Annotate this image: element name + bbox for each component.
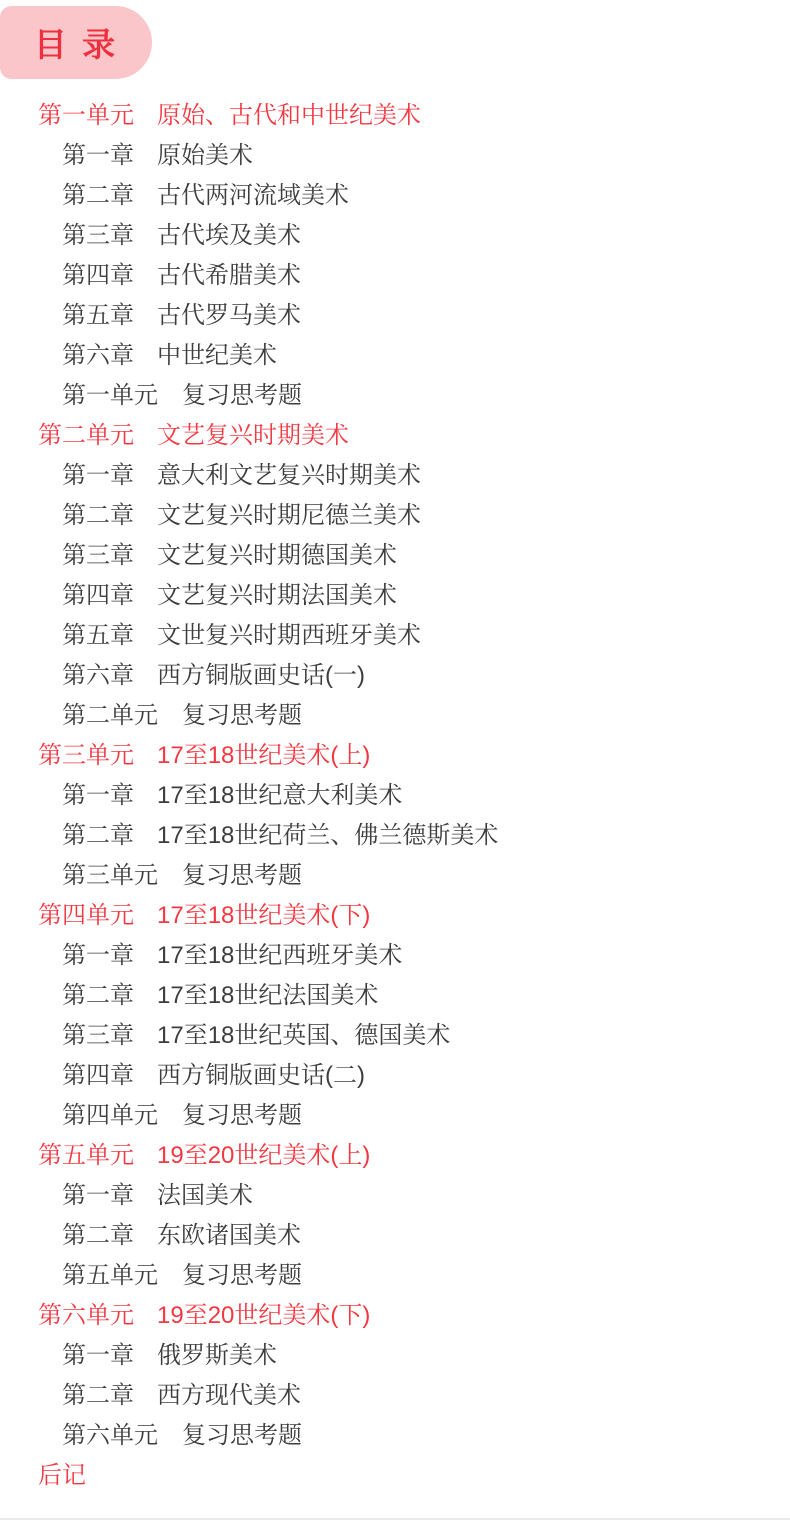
toc-review-row: 第四单元复习思考题 <box>0 1096 790 1136</box>
toc-row-title: 17至18世纪西班牙美术 <box>157 936 402 976</box>
toc-row-label: 第五单元 <box>62 1256 158 1296</box>
toc-unit-row: 第一单元原始、古代和中世纪美术 <box>0 96 790 136</box>
toc-row-title: 原始美术 <box>157 136 253 176</box>
toc-review-row: 第三单元复习思考题 <box>0 856 790 896</box>
toc-unit-row: 第六单元19至20世纪美术(下) <box>0 1296 790 1336</box>
toc-chapter-row: 第四章文艺复兴时期法国美术 <box>0 576 790 616</box>
toc-row-label: 第一章 <box>62 1176 134 1216</box>
toc-row-label: 第三单元 <box>38 736 134 776</box>
toc-row-title: 17至18世纪美术(下) <box>157 896 370 936</box>
toc-row-title: 西方铜版画史话(二) <box>157 1056 365 1096</box>
toc-row-label: 第二单元 <box>38 416 134 456</box>
toc-row-label: 第一单元 <box>38 96 134 136</box>
toc-review-row: 第六单元复习思考题 <box>0 1416 790 1456</box>
toc-chapter-row: 第六章西方铜版画史话(一) <box>0 656 790 696</box>
toc-list: 第一单元原始、古代和中世纪美术第一章原始美术第二章古代两河流域美术第三章古代埃及… <box>0 96 790 1496</box>
page-title: 目 录 <box>34 19 118 66</box>
toc-review-row: 第五单元复习思考题 <box>0 1256 790 1296</box>
toc-row-label: 第四章 <box>62 1056 134 1096</box>
toc-chapter-row: 第四章西方铜版画史话(二) <box>0 1056 790 1096</box>
toc-row-title: 文艺复兴时期美术 <box>157 416 349 456</box>
toc-row-title: 17至18世纪意大利美术 <box>157 776 402 816</box>
toc-row-label: 第六章 <box>62 656 134 696</box>
toc-unit-row: 第四单元17至18世纪美术(下) <box>0 896 790 936</box>
toc-row-title: 古代希腊美术 <box>157 256 301 296</box>
toc-row-title: 文艺复兴时期法国美术 <box>157 576 397 616</box>
toc-row-label: 第三单元 <box>62 856 158 896</box>
toc-row-title: 俄罗斯美术 <box>157 1336 277 1376</box>
toc-chapter-row: 第一章俄罗斯美术 <box>0 1336 790 1376</box>
toc-row-title: 原始、古代和中世纪美术 <box>157 96 421 136</box>
toc-row-label: 第四单元 <box>62 1096 158 1136</box>
toc-chapter-row: 第二章古代两河流域美术 <box>0 176 790 216</box>
toc-row-label: 第一单元 <box>62 376 158 416</box>
toc-chapter-row: 第三章17至18世纪英国、德国美术 <box>0 1016 790 1056</box>
toc-row-label: 第一章 <box>62 456 134 496</box>
toc-row-label: 第二章 <box>62 1376 134 1416</box>
toc-chapter-row: 第一章原始美术 <box>0 136 790 176</box>
toc-unit-row: 第二单元文艺复兴时期美术 <box>0 416 790 456</box>
toc-row-label: 第二章 <box>62 1216 134 1256</box>
toc-chapter-row: 第四章古代希腊美术 <box>0 256 790 296</box>
toc-chapter-row: 第三章古代埃及美术 <box>0 216 790 256</box>
toc-header-badge: 目 录 <box>0 6 152 79</box>
toc-chapter-row: 第一章意大利文艺复兴时期美术 <box>0 456 790 496</box>
toc-row-title: 复习思考题 <box>182 1416 302 1456</box>
toc-chapter-row: 第六章中世纪美术 <box>0 336 790 376</box>
toc-row-label: 第四章 <box>62 256 134 296</box>
toc-row-title: 意大利文艺复兴时期美术 <box>157 456 421 496</box>
toc-row-title: 西方现代美术 <box>157 1376 301 1416</box>
toc-row-title: 西方铜版画史话(一) <box>157 656 365 696</box>
toc-row-title: 复习思考题 <box>182 376 302 416</box>
toc-row-title: 古代埃及美术 <box>157 216 301 256</box>
toc-row-title: 复习思考题 <box>182 856 302 896</box>
toc-row-label: 第二章 <box>62 816 134 856</box>
toc-backmatter-row: 后记 <box>0 1456 790 1496</box>
toc-chapter-row: 第三章文艺复兴时期德国美术 <box>0 536 790 576</box>
toc-row-label: 第二章 <box>62 496 134 536</box>
toc-row-label: 第五章 <box>62 616 134 656</box>
toc-row-title: 复习思考题 <box>182 1256 302 1296</box>
toc-review-row: 第二单元复习思考题 <box>0 696 790 736</box>
toc-row-label: 第四单元 <box>38 896 134 936</box>
toc-row-title: 复习思考题 <box>182 1096 302 1136</box>
toc-row-title: 17至18世纪荷兰、佛兰德斯美术 <box>157 816 498 856</box>
toc-row-label: 第二单元 <box>62 696 158 736</box>
toc-row-label: 第一章 <box>62 136 134 176</box>
toc-row-title: 文世复兴时期西班牙美术 <box>157 616 421 656</box>
toc-row-label: 第六单元 <box>62 1416 158 1456</box>
toc-row-title: 中世纪美术 <box>157 336 277 376</box>
toc-chapter-row: 第二章17至18世纪荷兰、佛兰德斯美术 <box>0 816 790 856</box>
toc-chapter-row: 第二章文艺复兴时期尼德兰美术 <box>0 496 790 536</box>
toc-unit-row: 第三单元17至18世纪美术(上) <box>0 736 790 776</box>
toc-chapter-row: 第五章文世复兴时期西班牙美术 <box>0 616 790 656</box>
toc-row-title: 古代罗马美术 <box>157 296 301 336</box>
toc-chapter-row: 第一章17至18世纪西班牙美术 <box>0 936 790 976</box>
toc-row-label: 第二章 <box>62 976 134 1016</box>
toc-row-title: 19至20世纪美术(下) <box>157 1296 370 1336</box>
toc-unit-row: 第五单元19至20世纪美术(上) <box>0 1136 790 1176</box>
toc-chapter-row: 第二章西方现代美术 <box>0 1376 790 1416</box>
toc-row-title: 19至20世纪美术(上) <box>157 1136 370 1176</box>
toc-row-title: 东欧诸国美术 <box>157 1216 301 1256</box>
toc-row-title: 文艺复兴时期德国美术 <box>157 536 397 576</box>
toc-row-title: 复习思考题 <box>182 696 302 736</box>
toc-row-label: 第三章 <box>62 1016 134 1056</box>
toc-chapter-row: 第二章东欧诸国美术 <box>0 1216 790 1256</box>
toc-chapter-row: 第五章古代罗马美术 <box>0 296 790 336</box>
toc-row-label: 第六章 <box>62 336 134 376</box>
toc-row-title: 17至18世纪美术(上) <box>157 736 370 776</box>
toc-row-label: 第三章 <box>62 536 134 576</box>
toc-chapter-row: 第一章17至18世纪意大利美术 <box>0 776 790 816</box>
toc-chapter-row: 第一章法国美术 <box>0 1176 790 1216</box>
toc-row-title: 法国美术 <box>157 1176 253 1216</box>
toc-row-label: 后记 <box>38 1456 86 1496</box>
toc-review-row: 第一单元复习思考题 <box>0 376 790 416</box>
toc-row-title: 17至18世纪法国美术 <box>157 976 378 1016</box>
toc-row-label: 第四章 <box>62 576 134 616</box>
toc-row-label: 第五单元 <box>38 1136 134 1176</box>
toc-row-title: 文艺复兴时期尼德兰美术 <box>157 496 421 536</box>
toc-row-label: 第六单元 <box>38 1296 134 1336</box>
toc-row-label: 第二章 <box>62 176 134 216</box>
toc-row-label: 第三章 <box>62 216 134 256</box>
toc-row-label: 第五章 <box>62 296 134 336</box>
toc-row-label: 第一章 <box>62 1336 134 1376</box>
toc-chapter-row: 第二章17至18世纪法国美术 <box>0 976 790 1016</box>
toc-row-label: 第一章 <box>62 776 134 816</box>
toc-row-label: 第一章 <box>62 936 134 976</box>
toc-row-title: 古代两河流域美术 <box>157 176 349 216</box>
toc-row-title: 17至18世纪英国、德国美术 <box>157 1016 450 1056</box>
